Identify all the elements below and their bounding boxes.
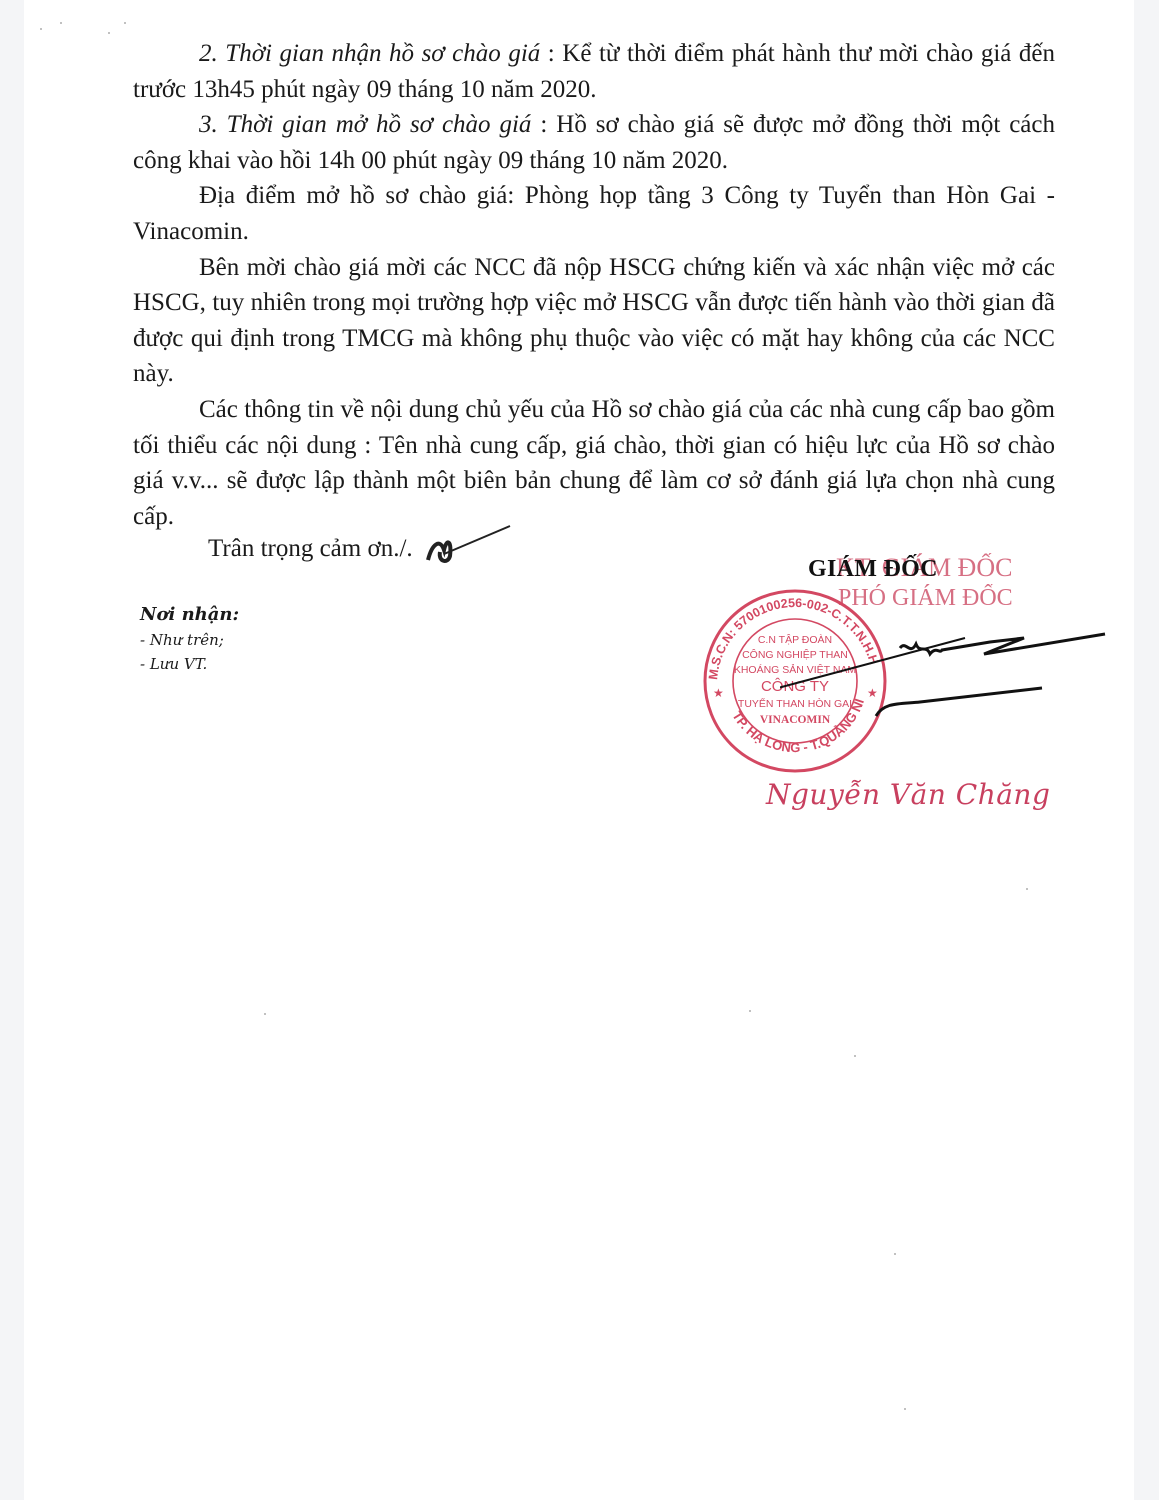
recipient-item: - Lưu VT. bbox=[140, 652, 239, 676]
closing-line: Trân trọng cảm ơn./. bbox=[208, 532, 413, 566]
paragraph-invitation: Bên mời chào giá mời các NCC đã nộp HSCG… bbox=[133, 250, 1055, 392]
signer-name: Nguyễn Văn Chăng bbox=[766, 778, 1050, 811]
recipients-title: Nơi nhận: bbox=[140, 602, 239, 628]
paragraph-opening-location: Địa điểm mở hồ sơ chào giá: Phòng họp tầ… bbox=[133, 178, 1055, 249]
paragraph-receipt-time: 2. Thời gian nhận hồ sơ chào giá : Kể từ… bbox=[133, 36, 1055, 107]
signature-title: GIÁM ĐỐC bbox=[808, 556, 938, 583]
letter-body: 2. Thời gian nhận hồ sơ chào giá : Kể từ… bbox=[133, 36, 1055, 534]
recipients-block: Nơi nhận: - Như trên; - Lưu VT. bbox=[140, 602, 239, 676]
recipient-item: - Như trên; bbox=[140, 628, 239, 652]
paragraph-label: 3. Thời gian mở hồ sơ chào giá bbox=[199, 111, 531, 138]
svg-text:★: ★ bbox=[713, 686, 724, 700]
initials-scribble-icon bbox=[418, 520, 518, 570]
handwritten-signature-icon bbox=[780, 620, 1110, 730]
paragraph-opening-time: 3. Thời gian mở hồ sơ chào giá : Hồ sơ c… bbox=[133, 107, 1055, 178]
paragraph-information: Các thông tin về nội dung chủ yếu của Hồ… bbox=[133, 392, 1055, 534]
paragraph-label: 2. Thời gian nhận hồ sơ chào giá bbox=[199, 40, 540, 67]
